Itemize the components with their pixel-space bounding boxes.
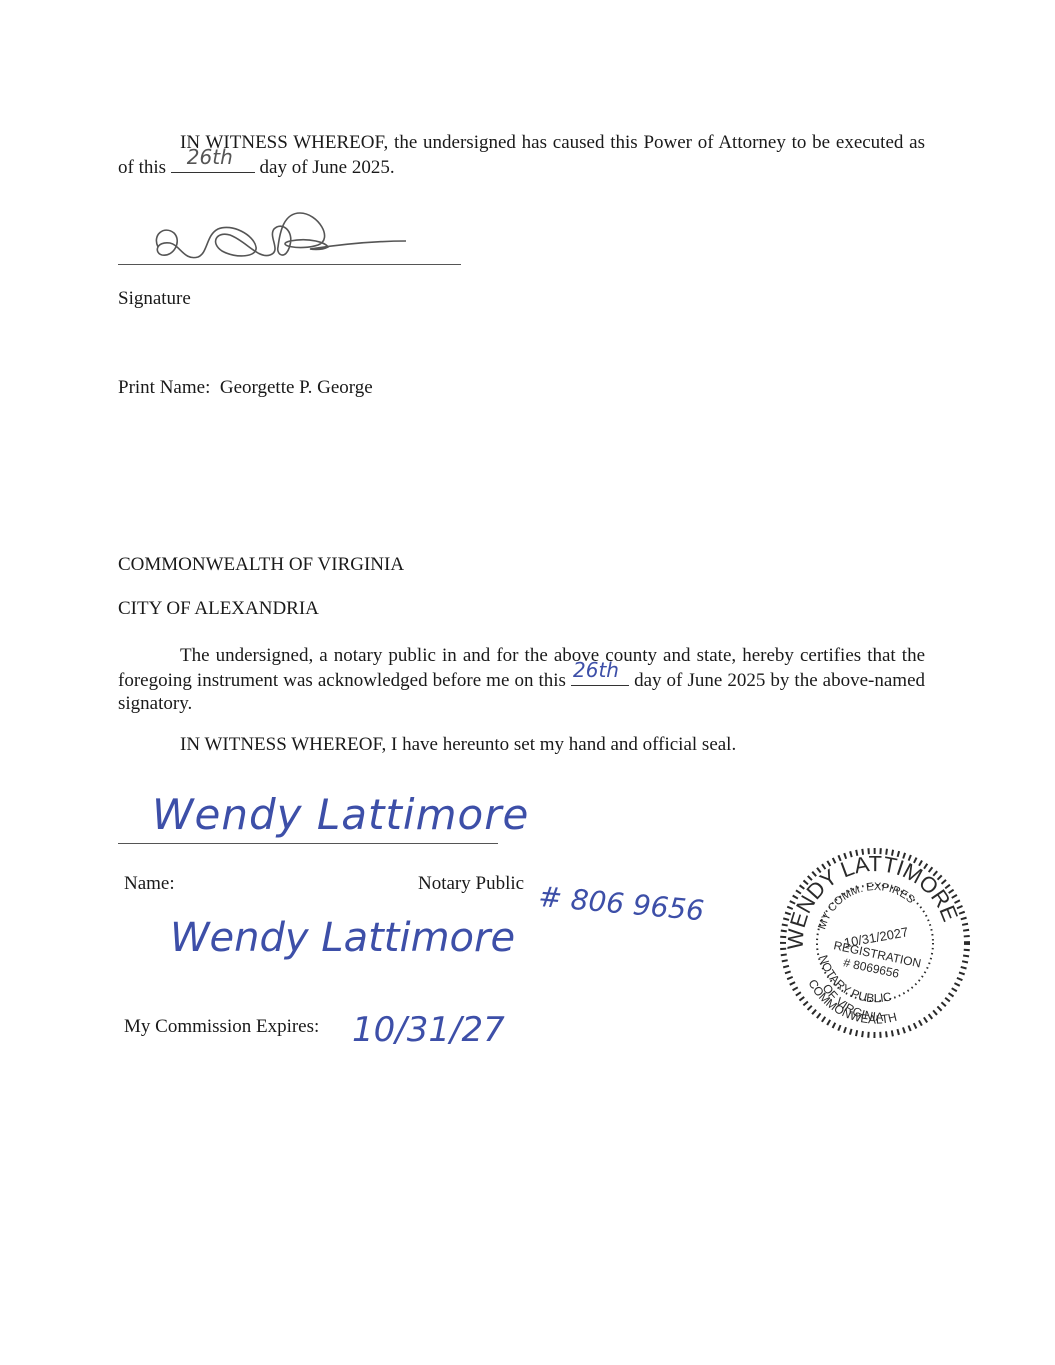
notary-name-handwritten: Wendy Lattimore bbox=[170, 915, 515, 961]
notary-seal: WENDY LATTIMORE MY COMM. EXPIRES 10/31/2… bbox=[770, 845, 980, 1045]
state-heading: COMMONWEALTH OF VIRGINIA bbox=[118, 554, 404, 576]
notary-number-handwritten: # 806 9656 bbox=[537, 880, 705, 927]
notary-witness-text: IN WITNESS WHEREOF, I have hereunto set … bbox=[180, 734, 736, 756]
notary-signature: Wendy Lattimore bbox=[152, 790, 529, 839]
notary-public-label: Notary Public bbox=[418, 873, 524, 895]
witness-text-after: day of June 2025. bbox=[260, 157, 395, 178]
principal-witness-paragraph: IN WITNESS WHEREOF, the undersigned has … bbox=[118, 131, 925, 179]
notary-signature-line bbox=[118, 843, 498, 844]
day-blank-principal: 26th bbox=[171, 154, 255, 173]
print-name-value: Georgette P. George bbox=[220, 377, 373, 398]
day-blank-notary: 26th bbox=[571, 667, 629, 686]
commission-label: My Commission Expires: bbox=[124, 1016, 319, 1038]
day-handwritten-principal: 26th bbox=[187, 146, 233, 169]
principal-signature-line bbox=[118, 264, 461, 265]
day-handwritten-notary: 26th bbox=[573, 659, 619, 682]
commission-date-handwritten: 10/31/27 bbox=[352, 1010, 505, 1050]
print-name-label: Print Name: bbox=[118, 377, 210, 398]
print-name: Print Name: Georgette P. George bbox=[118, 377, 373, 399]
principal-signature bbox=[150, 205, 410, 265]
name-label: Name: bbox=[124, 873, 175, 895]
notary-certify-paragraph: The undersigned, a notary public in and … bbox=[118, 644, 925, 715]
signature-label: Signature bbox=[118, 288, 191, 310]
city-heading: CITY OF ALEXANDRIA bbox=[118, 598, 319, 620]
